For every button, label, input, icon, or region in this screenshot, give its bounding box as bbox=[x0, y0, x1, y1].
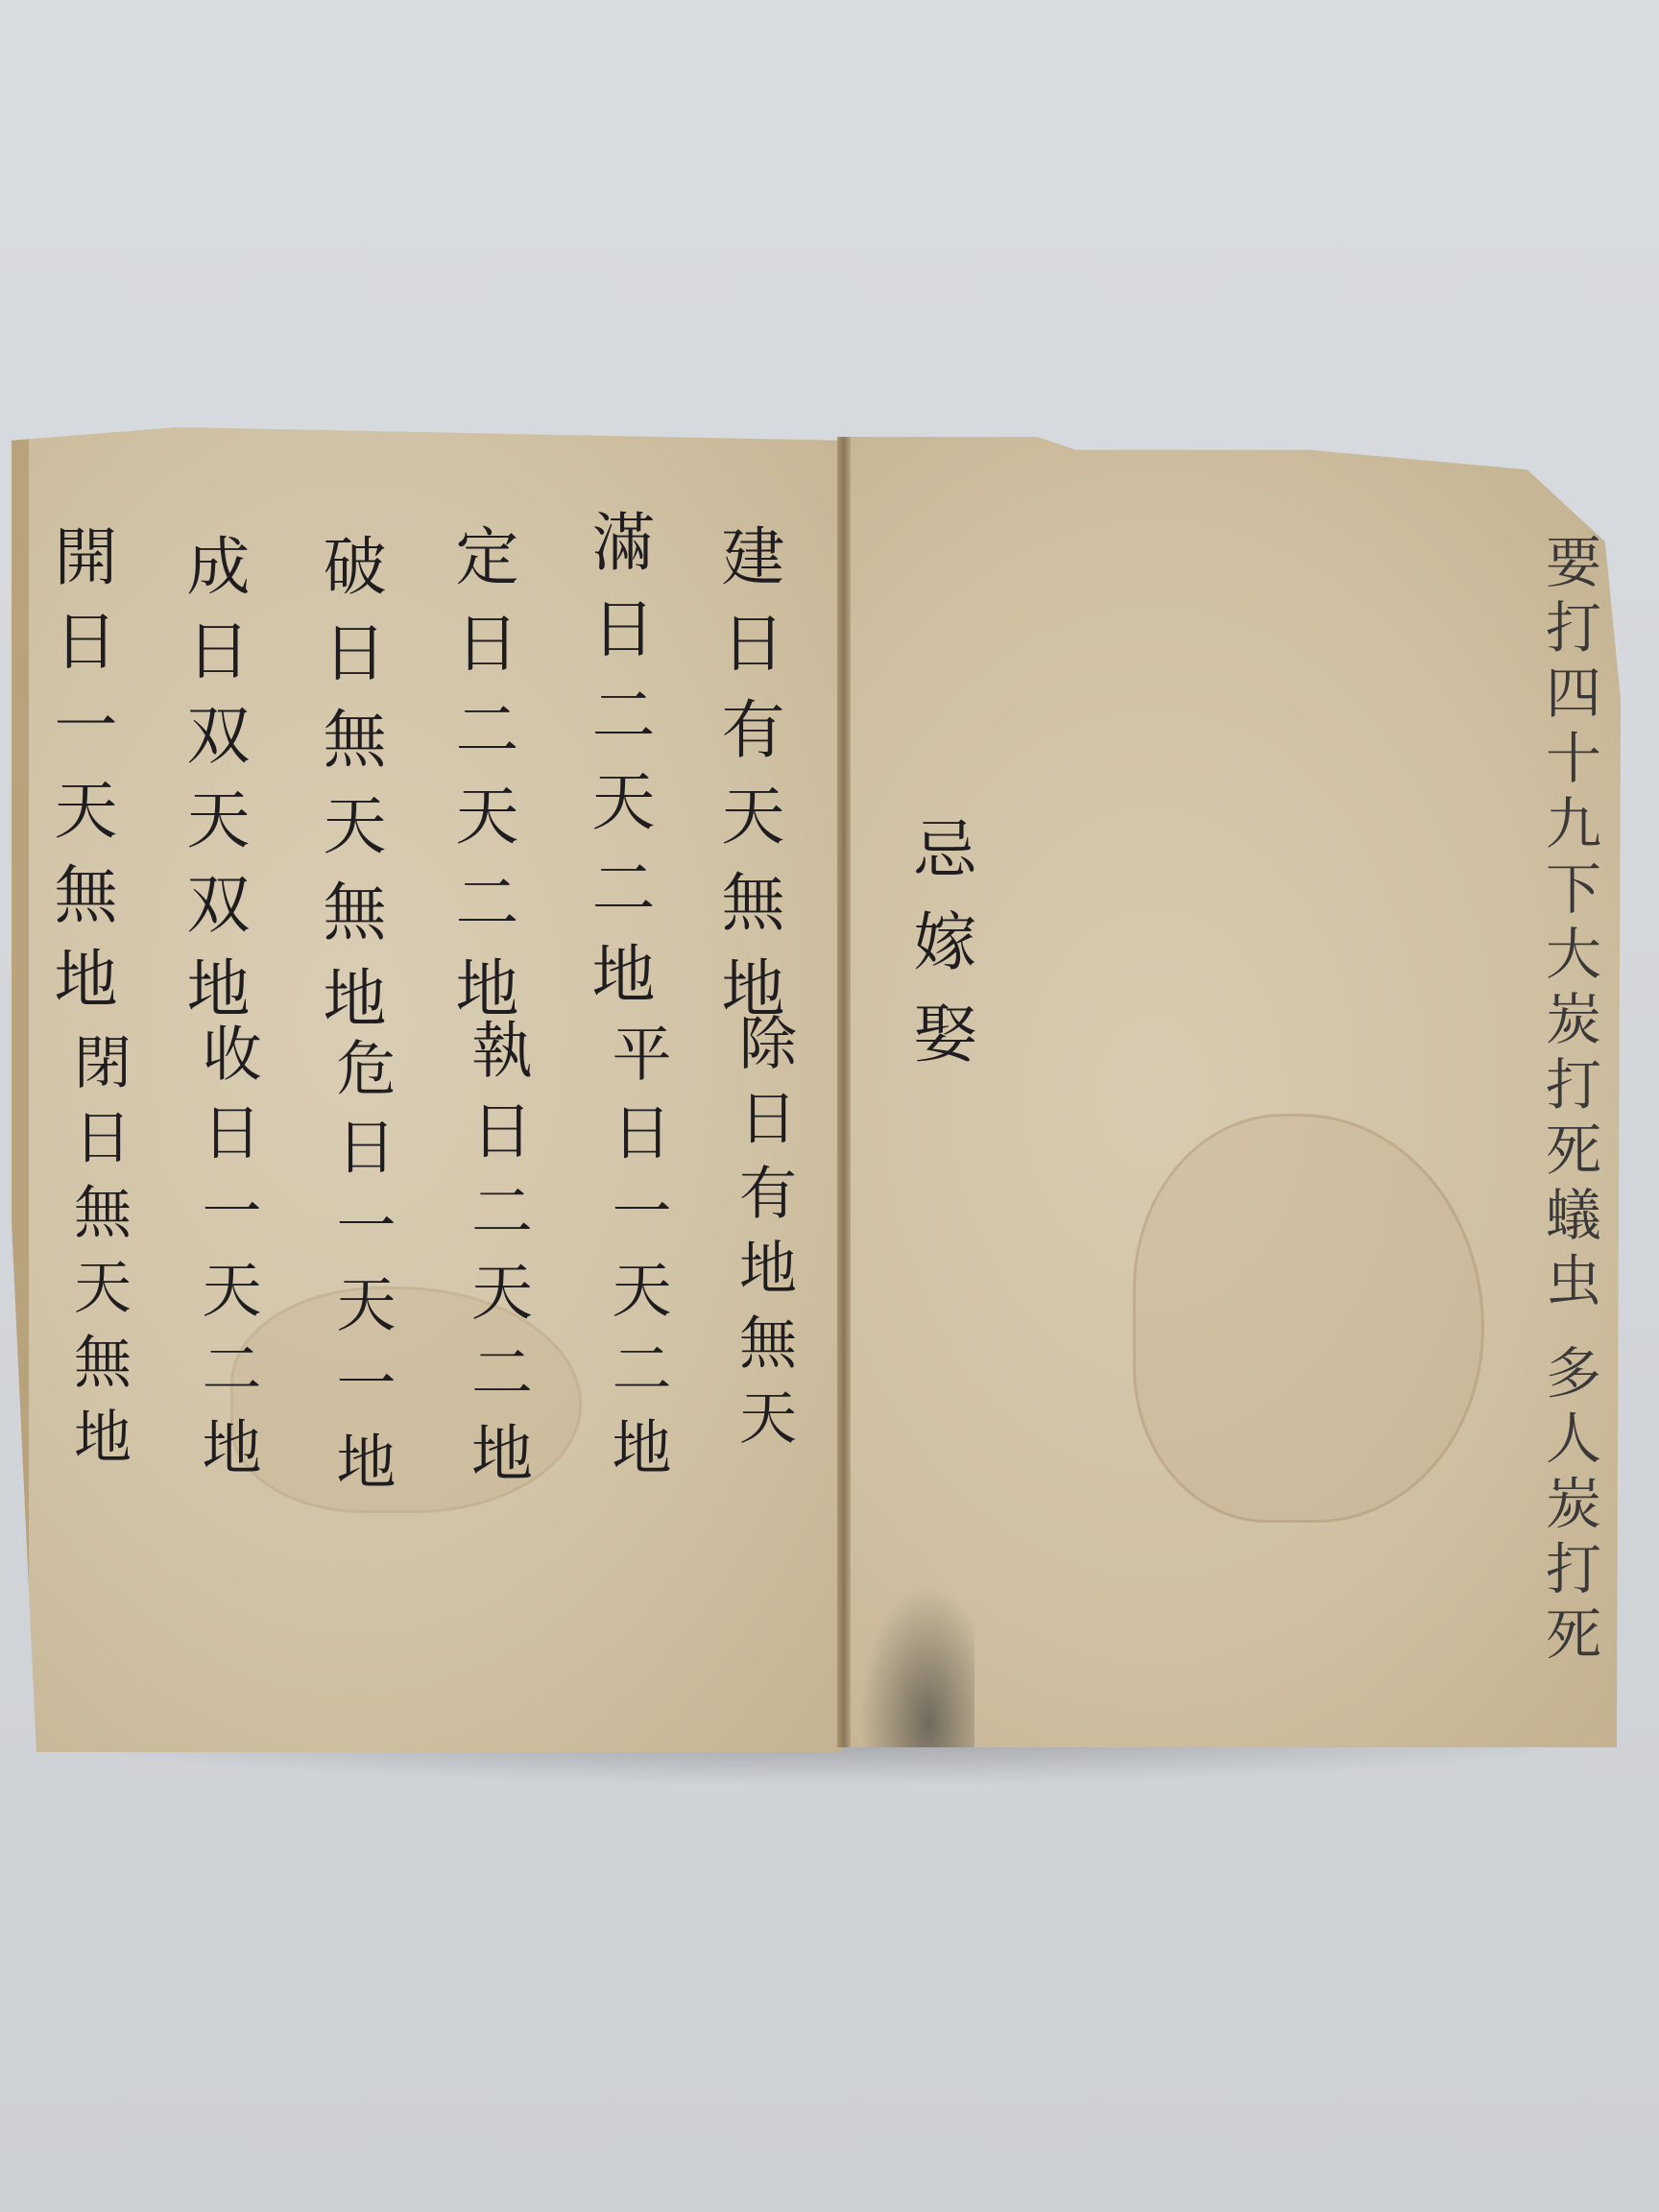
book-spine bbox=[837, 437, 851, 1747]
margin-note: 要打四十九下大炭打死蟻虫 多人炭打死 bbox=[1541, 533, 1597, 1670]
heading-text: 忌嫁娶 bbox=[907, 816, 971, 1093]
spine-stain bbox=[859, 1584, 974, 1747]
text: 滿日二天二地 bbox=[586, 509, 649, 1027]
column-2-bottom: 平日一天二地 bbox=[607, 1022, 666, 1495]
text: 危日一天一地 bbox=[331, 1037, 391, 1509]
column-4-top: 破日無天無地 bbox=[317, 533, 380, 1051]
column-3-top: 定日二天二地 bbox=[449, 523, 513, 1042]
column-1-bottom: 除日有地無天 bbox=[734, 1013, 792, 1462]
text: 平日一天二地 bbox=[607, 1022, 666, 1495]
column-6-top: 開日一天無地 bbox=[48, 523, 111, 1030]
column-3-bottom: 執日二天二地 bbox=[466, 1018, 527, 1502]
text: 建日有天無地 bbox=[715, 523, 779, 1042]
text: 開日一天無地 bbox=[48, 523, 111, 1030]
column-1-top: 建日有天無地 bbox=[715, 523, 779, 1042]
text: 成日双天双地 bbox=[180, 533, 244, 1040]
margin-note-text: 要打四十九下大炭打死蟻虫 多人炭打死 bbox=[1541, 533, 1597, 1670]
column-5-bottom: 收日一天二地 bbox=[197, 1022, 256, 1495]
column-2-top: 滿日二天二地 bbox=[586, 509, 649, 1027]
text: 破日無天無地 bbox=[317, 533, 380, 1051]
column-6-bottom: 閉日無天無地 bbox=[69, 1032, 127, 1481]
text: 除日有地無天 bbox=[734, 1013, 792, 1462]
text: 定日二天二地 bbox=[449, 523, 513, 1042]
text: 閉日無天無地 bbox=[69, 1032, 127, 1481]
text: 執日二天二地 bbox=[466, 1018, 527, 1502]
column-4-bottom: 危日一天一地 bbox=[331, 1037, 391, 1509]
column-5-top: 成日双天双地 bbox=[180, 533, 244, 1040]
heading-avoid-marriage: 忌嫁娶 bbox=[907, 816, 971, 1093]
text: 收日一天二地 bbox=[197, 1022, 256, 1495]
